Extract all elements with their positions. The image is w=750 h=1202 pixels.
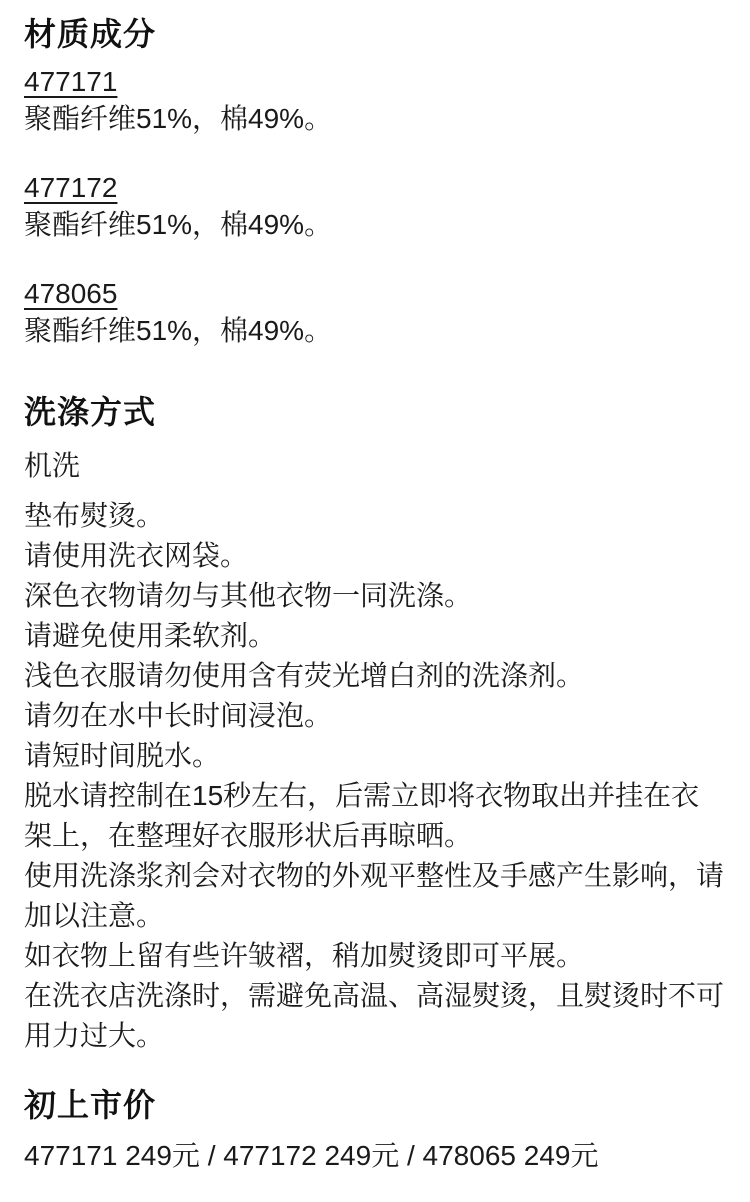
material-item: 478065 聚酯纤维51%，棉49%。 [24,277,724,351]
wash-instruction-list: 垫布熨烫。 请使用洗衣网袋。 深色衣物请勿与其他衣物一同洗涤。 请避免使用柔软剂… [24,496,724,1056]
wash-instruction: 在洗衣店洗涤时，需避免高温、高湿熨烫，且熨烫时不可用力过大。 [24,976,724,1056]
wash-instruction: 垫布熨烫。 [24,496,724,536]
wash-instruction: 如衣物上留有些许皱褶，稍加熨烫即可平展。 [24,936,724,976]
material-section: 材质成分 477171 聚酯纤维51%，棉49%。 477172 聚酯纤维51%… [24,12,724,351]
wash-instruction: 请短时间脱水。 [24,736,724,776]
product-code-link[interactable]: 477171 [24,65,117,99]
wash-method-text: 机洗 [24,446,724,486]
wash-instruction: 请避免使用柔软剂。 [24,616,724,656]
wash-instruction: 请勿在水中长时间浸泡。 [24,696,724,736]
material-item: 477172 聚酯纤维51%，棉49%。 [24,171,724,245]
product-code-link[interactable]: 478065 [24,277,117,311]
material-section-title: 材质成分 [24,12,724,56]
product-code-link[interactable]: 477172 [24,171,117,205]
wash-instruction: 浅色衣服请勿使用含有荧光增白剂的洗涤剂。 [24,656,724,696]
composition-text: 聚酯纤维51%，棉49%。 [24,311,724,351]
price-line-text: 477171 249元 / 477172 249元 / 478065 249元 [24,1136,724,1176]
washing-section-title: 洗涤方式 [24,390,724,434]
wash-instruction: 请使用洗衣网袋。 [24,536,724,576]
price-section-title: 初上市价 [24,1083,724,1127]
product-info-page: 材质成分 477171 聚酯纤维51%，棉49%。 477172 聚酯纤维51%… [0,0,750,1202]
washing-section: 洗涤方式 机洗 垫布熨烫。 请使用洗衣网袋。 深色衣物请勿与其他衣物一同洗涤。 … [24,390,724,1056]
composition-text: 聚酯纤维51%，棉49%。 [24,99,724,139]
wash-instruction: 脱水请控制在15秒左右，后需立即将衣物取出并挂在衣架上，在整理好衣服形状后再晾晒… [24,776,724,856]
material-item: 477171 聚酯纤维51%，棉49%。 [24,65,724,139]
composition-text: 聚酯纤维51%，棉49%。 [24,205,724,245]
wash-instruction: 深色衣物请勿与其他衣物一同洗涤。 [24,576,724,616]
price-section: 初上市价 477171 249元 / 477172 249元 / 478065 … [24,1083,724,1176]
wash-instruction: 使用洗涤浆剂会对衣物的外观平整性及手感产生影响，请加以注意。 [24,856,724,936]
